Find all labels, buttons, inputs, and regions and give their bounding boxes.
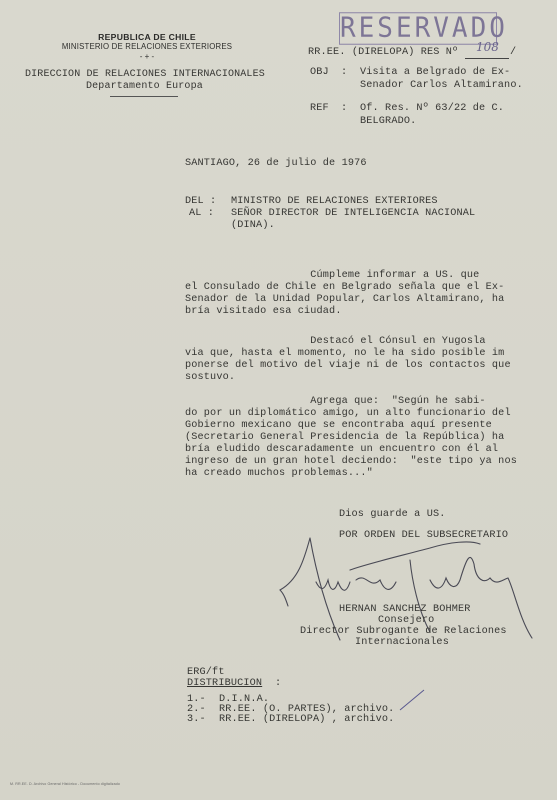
signatory-role-line-2: Internacionales	[355, 637, 449, 649]
resolution-number-underline	[465, 58, 509, 59]
ref-separator: :	[341, 103, 347, 115]
paragraph-line: via que, hasta el momento, no le ha sido…	[185, 348, 525, 360]
to-line-2: (DINA).	[231, 220, 275, 232]
obj-line-2: Senador Carlos Altamirano.	[360, 80, 523, 92]
distribution-heading: DISTRIBUCION	[187, 678, 262, 690]
document-page: REPUBLICA DE CHILE MINISTERIO DE RELACIO…	[0, 0, 557, 800]
paragraph-line: (Secretario General Presidencia de la Re…	[185, 432, 525, 444]
paragraph-line: Senador de la Unidad Popular, Carlos Alt…	[185, 294, 525, 306]
from-label: DEL :	[185, 196, 216, 208]
distribution-heading-separator: :	[275, 678, 281, 690]
letterhead-country: REPUBLICA DE CHILE	[47, 32, 247, 42]
paragraph-line: Gobierno mexicano que se encontraba aquí…	[185, 420, 525, 432]
paragraph-line: ha creado muchos problemas..."	[185, 468, 525, 480]
from-value: MINISTRO DE RELACIONES EXTERIORES	[231, 196, 438, 208]
to-line-1: SEÑOR DIRECTOR DE INTELIGENCIA NACIONAL	[231, 208, 475, 220]
ref-label: REF	[310, 103, 329, 115]
department-underline	[110, 96, 178, 97]
paragraph-line: Cúmpleme informar a US. que	[185, 270, 525, 282]
paragraph-line: sostuvo.	[185, 372, 525, 384]
paragraph-line: ingreso de un gran hotel deciendo: "este…	[185, 456, 525, 468]
obj-separator: :	[341, 67, 347, 79]
letterhead-department: Departamento Europa	[86, 81, 203, 93]
resolution-number-suffix: /	[510, 47, 516, 59]
letterhead-ministry: MINISTERIO DE RELACIONES EXTERIORES	[47, 42, 247, 51]
resolution-number-label: RR.EE. (DIRELOPA) RES Nº	[308, 47, 458, 59]
handwritten-resolution-number: 108	[476, 40, 499, 54]
to-label: AL :	[189, 208, 214, 220]
paragraph-line: bría eludido descaradamente un encuentro…	[185, 444, 525, 456]
body-paragraph-3: Agrega que: "Según he sabi- do por un di…	[185, 396, 525, 480]
ref-line-2: BELGRADO.	[360, 116, 416, 128]
date-line: SANTIAGO, 26 de julio de 1976	[185, 158, 367, 170]
obj-label: OBJ	[310, 67, 329, 79]
paragraph-line: Destacó el Cónsul en Yugosla	[185, 336, 525, 348]
obj-line-1: Visita a Belgrado de Ex-	[360, 67, 510, 79]
body-paragraph-2: Destacó el Cónsul en Yugosla via que, ha…	[185, 336, 525, 384]
distribution-item-text: RR.EE. (DIRELOPA) , archivo.	[219, 714, 394, 726]
handwritten-check-mark	[398, 688, 428, 712]
letterhead-direction: DIRECCION DE RELACIONES INTERNACIONALES	[25, 69, 265, 81]
distribution-item-number: 3.-	[187, 714, 206, 726]
paragraph-line: ponerse del motivo del viaje ni de los c…	[185, 360, 525, 372]
paragraph-line: bría visitado esa ciudad.	[185, 306, 525, 318]
paragraph-line: do por un diplomático amigo, un alto fun…	[185, 408, 525, 420]
ref-line-1: Of. Res. Nº 63/22 de C.	[360, 103, 504, 115]
paragraph-line: el Consulado de Chile en Belgrado señala…	[185, 282, 525, 294]
letterhead-ornament: - + -	[47, 52, 247, 61]
body-paragraph-1: Cúmpleme informar a US. que el Consulado…	[185, 270, 525, 318]
reservado-stamp: RESERVADO	[339, 12, 497, 45]
paragraph-line: Agrega que: "Según he sabi-	[185, 396, 525, 408]
footer-print-line: M. RR.EE. D. Archivo General Histórico -…	[10, 782, 120, 786]
